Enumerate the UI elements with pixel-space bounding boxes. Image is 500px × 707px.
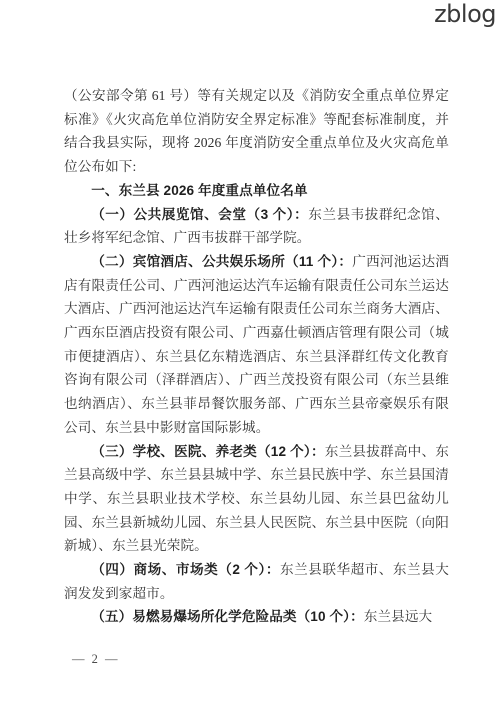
page-number: — 2 — [72, 652, 120, 667]
document-body: （公安部令第 61 号）等有关规定以及《消防安全重点单位界定标准》《火灾高危单位… [64, 84, 449, 629]
category-item-4: （四）商场、市场类（2 个）：东兰县联华超市、东兰县大润发发到家超市。 [64, 558, 449, 605]
category-2-content: 广西河池运达酒店有限责任公司、广西河池运达汽车运输有限责任公司东兰运达大酒店、广… [64, 254, 449, 435]
list-title-heading: 一、东兰县 2026 年度重点单位名单 [64, 179, 449, 203]
scanned-document-page: zblog （公安部令第 61 号）等有关规定以及《消防安全重点单位界定标准》《… [0, 0, 500, 707]
category-5-content: 东兰县远大 [364, 609, 432, 624]
category-1-label: （一）公共展览馆、会堂（3 个）： [91, 207, 308, 222]
category-item-1: （一）公共展览馆、会堂（3 个）：东兰县韦拔群纪念馆、壮乡将军纪念馆、广西韦拔群… [64, 203, 449, 250]
category-item-3: （三）学校、医院、养老类（12 个）：东兰县拔群高中、东兰县高级中学、东兰县县城… [64, 440, 449, 559]
zblog-watermark-logo: zblog [434, 2, 496, 26]
category-item-5: （五）易燃易爆场所化学危险品类（10 个）：东兰县远大 [64, 605, 449, 629]
category-4-label: （四）商场、市场类（2 个）： [91, 562, 280, 577]
category-item-2: （二）宾馆酒店、公共娱乐场所（11 个）：广西河池运达酒店有限责任公司、广西河池… [64, 250, 449, 440]
category-2-label: （二）宾馆酒店、公共娱乐场所（11 个）： [91, 254, 352, 269]
category-5-label: （五）易燃易爆场所化学危险品类（10 个）： [91, 609, 364, 624]
category-3-content: 东兰县拔群高中、东兰县高级中学、东兰县县城中学、东兰县民族中学、东兰县国清中学、… [64, 444, 449, 554]
intro-paragraph: （公安部令第 61 号）等有关规定以及《消防安全重点单位界定标准》《火灾高危单位… [64, 84, 449, 179]
category-3-label: （三）学校、医院、养老类（12 个）： [91, 444, 325, 459]
